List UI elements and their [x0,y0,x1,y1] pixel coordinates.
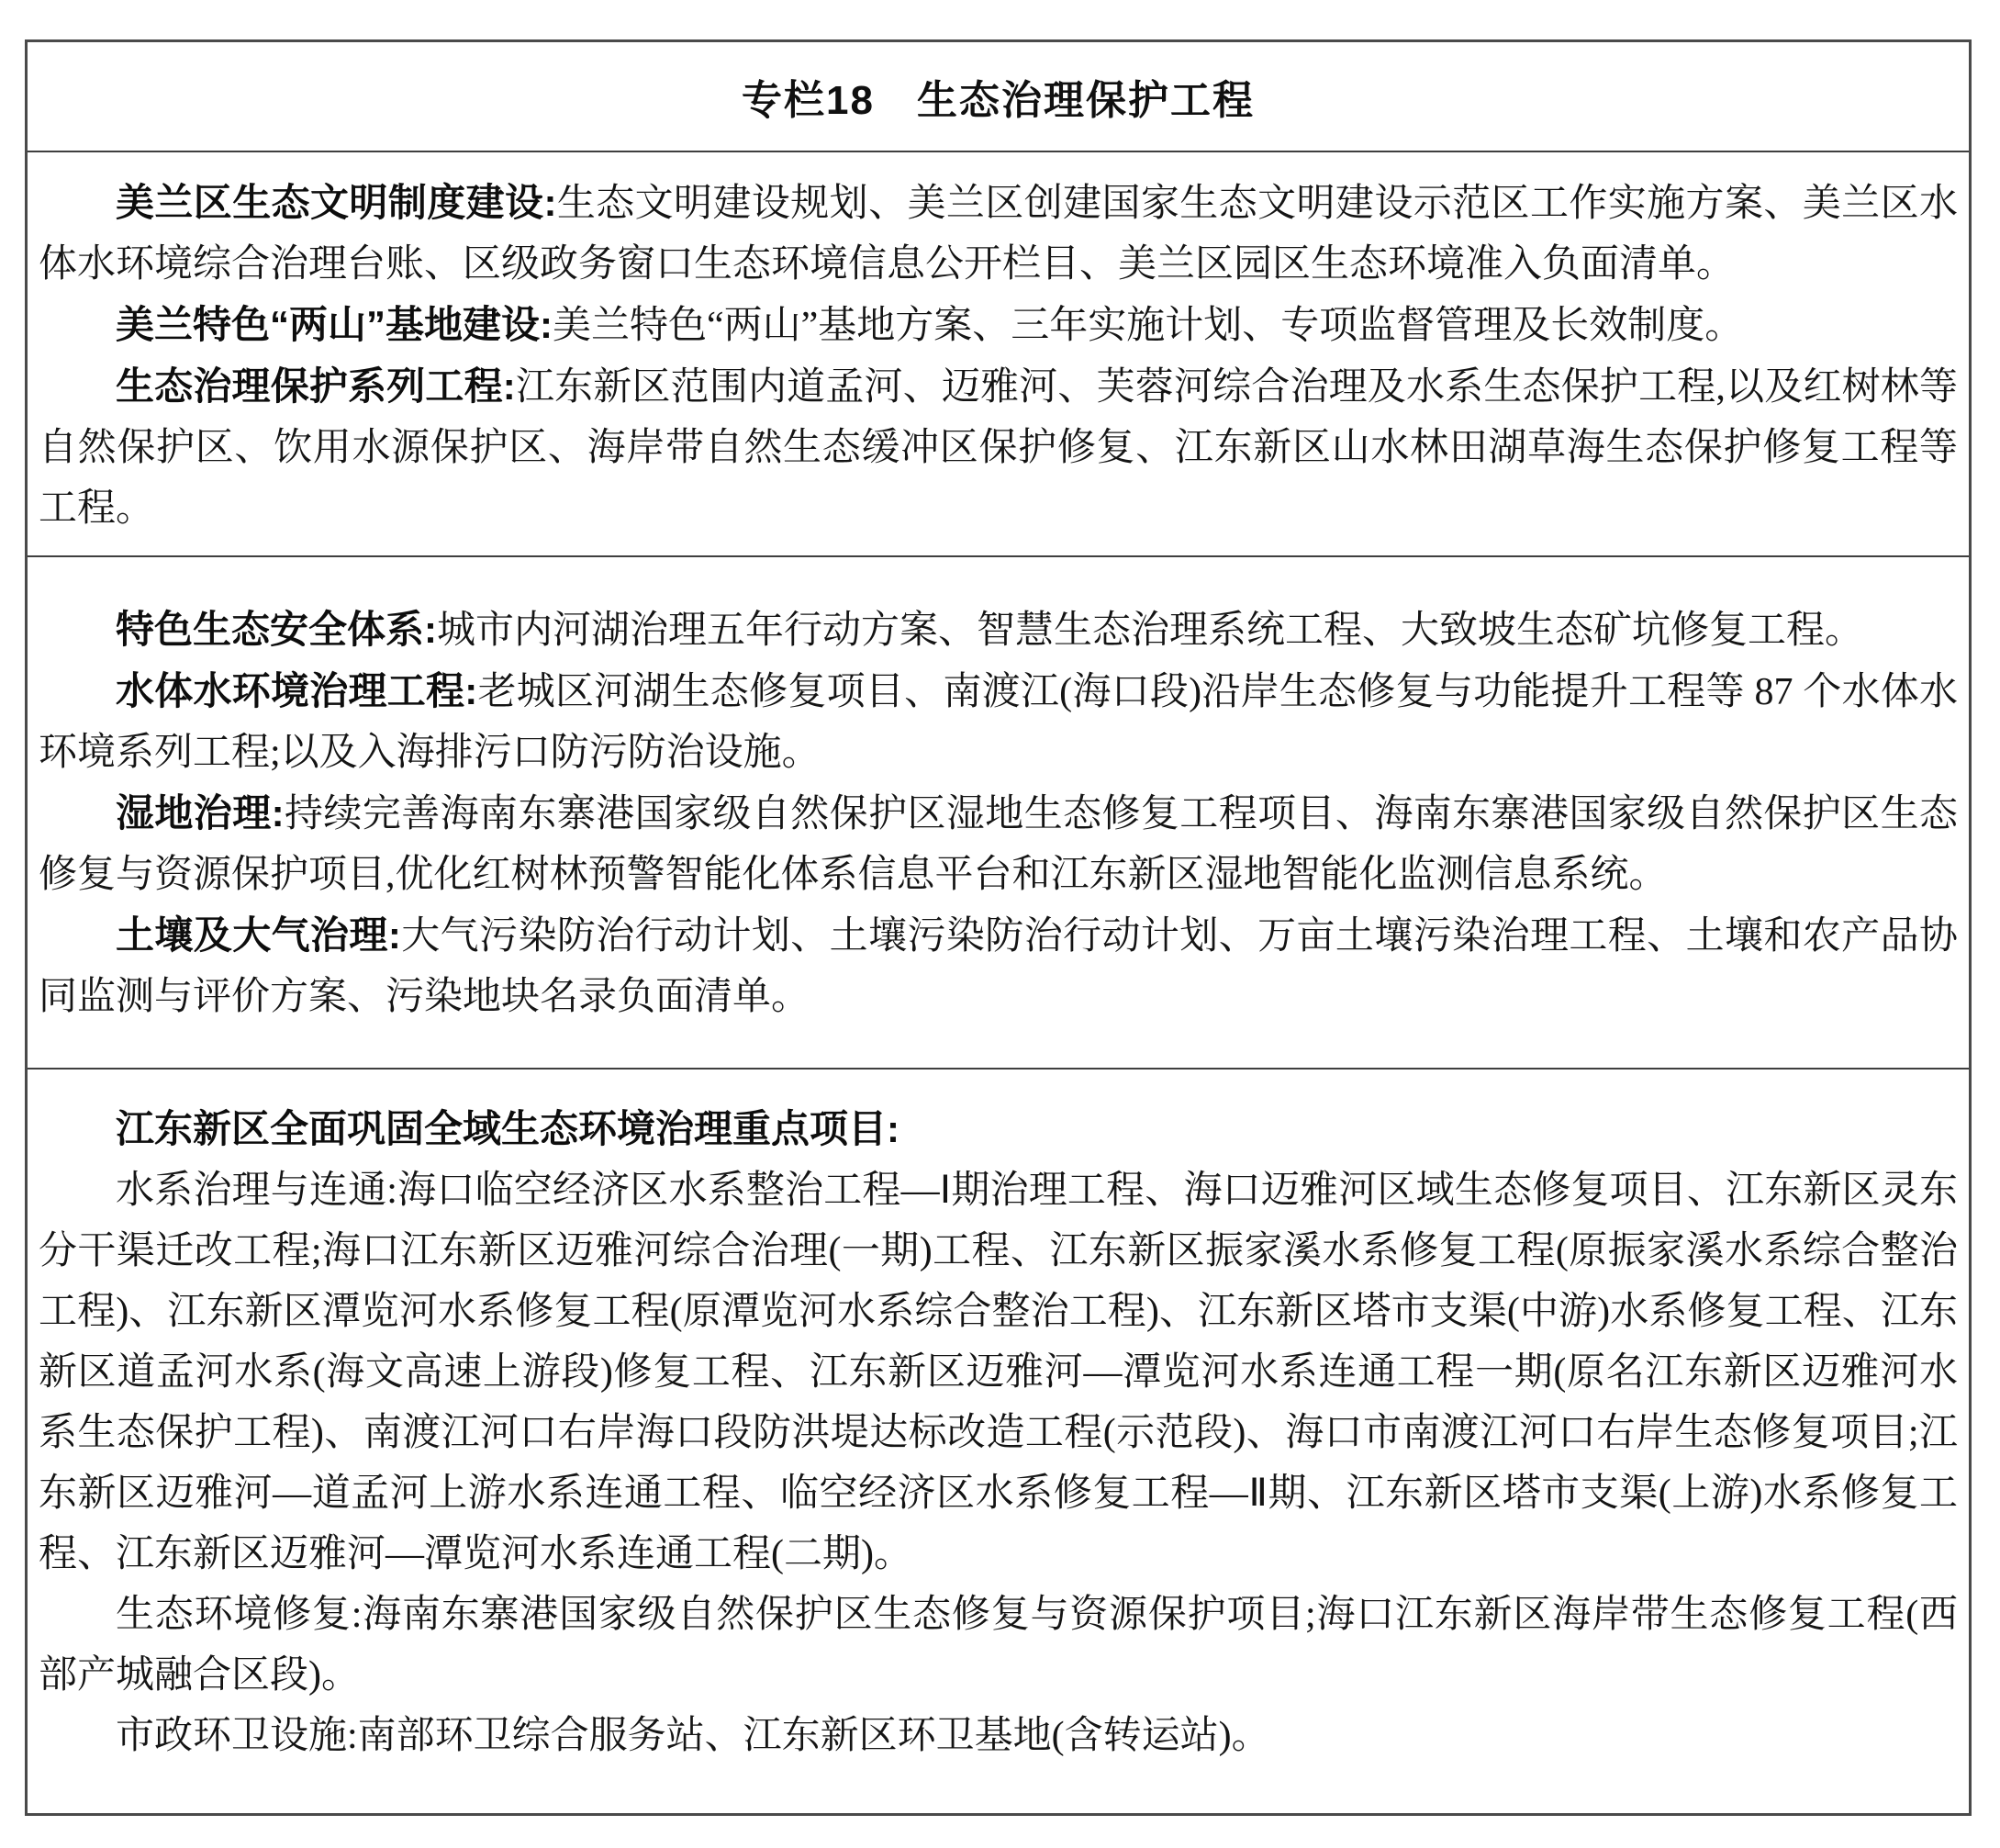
paragraph-text: 生态环境修复:海南东寨港国家级自然保护区生态修复与资源保护项目;海口江东新区海岸… [39,1594,1958,1697]
paragraph-label: 生态治理保护系列工程: [116,364,516,408]
paragraph-label: 江东新区全面巩固全域生态环境治理重点项目: [116,1107,899,1150]
paragraph-text: 市政环卫设施:南部环卫综合服务站、江东新区环卫基地(含转运站)。 [116,1715,1270,1757]
paragraph-eco-protection-series: 生态治理保护系列工程:江东新区范围内道孟河、迈雅河、芙蓉河综合治理及水系生态保护… [39,356,1958,539]
paragraph-text: 美兰特色“两山”基地方案、三年实施计划、专项监督管理及长效制度。 [553,305,1743,347]
paragraph-meilan-eco-civilization: 美兰区生态文明制度建设:生态文明建设规划、美兰区创建国家生态文明建设示范区工作实… [39,173,1958,295]
paragraph-municipal-sanitation: 市政环卫设施:南部环卫综合服务站、江东新区环卫基地(含转运站)。 [39,1706,1958,1766]
section-meilan-district: 美兰区生态文明制度建设:生态文明建设规划、美兰区创建国家生态文明建设示范区工作实… [28,152,1969,557]
paragraph-eco-security-system: 特色生态安全体系:城市内河湖治理五年行动方案、智慧生态治理系统工程、大致坡生态矿… [39,599,1958,661]
paragraph-label: 特色生态安全体系: [116,608,437,651]
paragraph-water-environment: 水体水环境治理工程:老城区河湖生态修复项目、南渡江(海口段)沿岸生态修复与功能提… [39,661,1958,783]
box-title: 专栏18 生态治理保护工程 [742,67,1255,126]
paragraph-label: 土壤及大气治理: [116,913,401,957]
paragraph-label: 湿地治理: [116,791,285,834]
paragraph-eco-environment-restoration: 生态环境修复:海南东寨港国家级自然保护区生态修复与资源保护项目;海口江东新区海岸… [39,1585,1958,1706]
paragraph-label: 美兰特色“两山”基地建设: [116,303,553,346]
paragraph-wetland-governance: 湿地治理:持续完善海南东寨港国家级自然保护区湿地生态修复工程项目、海南东寨港国家… [39,783,1958,905]
paragraph-jiangdong-header: 江东新区全面巩固全域生态环境治理重点项目: [39,1099,1958,1160]
feature-box-column-18: 专栏18 生态治理保护工程 美兰区生态文明制度建设:生态文明建设规划、美兰区创建… [25,39,1972,1816]
paragraph-soil-air-governance: 土壤及大气治理:大气污染防治行动计划、土壤污染防治行动计划、万亩土壤污染治理工程… [39,905,1958,1027]
section-eco-security: 特色生态安全体系:城市内河湖治理五年行动方案、智慧生态治理系统工程、大致坡生态矿… [28,557,1969,1070]
paragraph-text: 持续完善海南东寨港国家级自然保护区湿地生态修复工程项目、海南东寨港国家级自然保护… [39,793,1958,896]
document-page: 专栏18 生态治理保护工程 美兰区生态文明制度建设:生态文明建设规划、美兰区创建… [0,0,2000,1848]
paragraph-text: 水系治理与连通:海口临空经济区水系整治工程—Ⅰ期治理工程、海口迈雅河区域生态修复… [39,1170,1958,1575]
paragraph-text: 城市内河湖治理五年行动方案、智慧生态治理系统工程、大致坡生态矿坑修复工程。 [437,610,1863,652]
paragraph-label: 水体水环境治理工程: [116,669,477,712]
box-title-bar: 专栏18 生态治理保护工程 [28,42,1969,152]
paragraph-two-mountains-base: 美兰特色“两山”基地建设:美兰特色“两山”基地方案、三年实施计划、专项监督管理及… [39,295,1958,356]
section-jiangdong-key-projects: 江东新区全面巩固全域生态环境治理重点项目: 水系治理与连通:海口临空经济区水系整… [28,1070,1969,1783]
paragraph-label: 美兰区生态文明制度建设: [116,181,556,224]
paragraph-water-system-connectivity: 水系治理与连通:海口临空经济区水系整治工程—Ⅰ期治理工程、海口迈雅河区域生态修复… [39,1160,1958,1585]
